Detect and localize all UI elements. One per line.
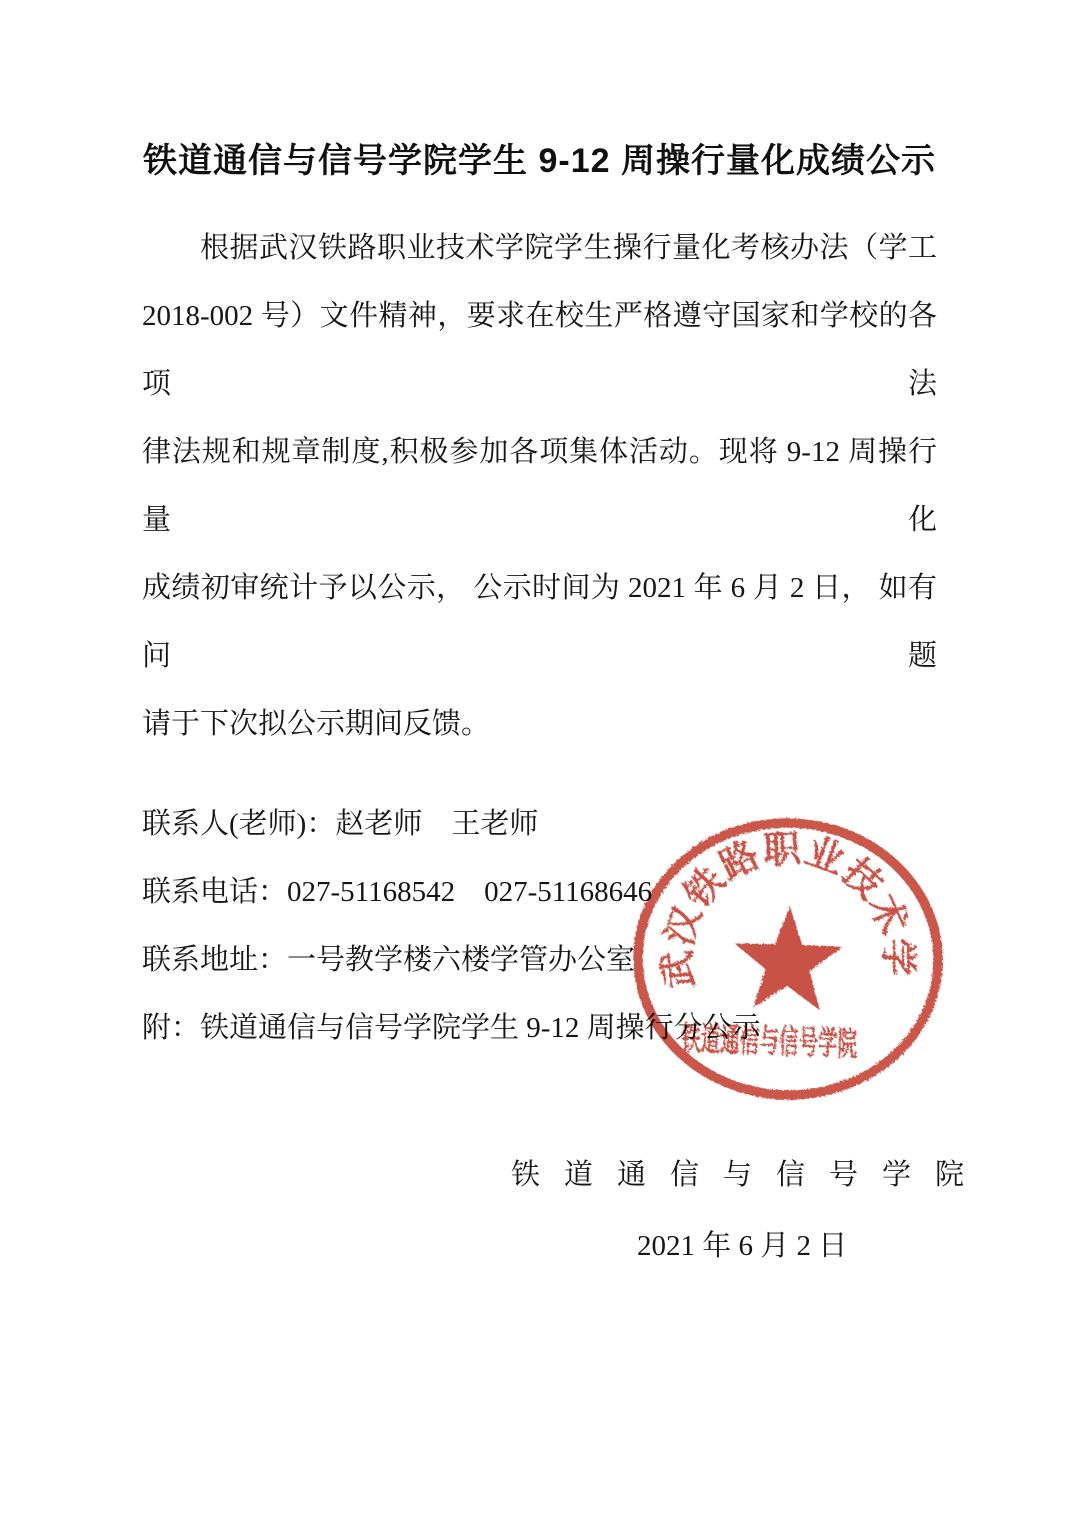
paragraph-line: 请于下次拟公示期间反馈。 [142, 690, 937, 758]
paragraph-line: 根据武汉铁路职业技术学院学生操行量化考核办法（学工 [142, 214, 937, 282]
paragraph-line: 成绩初审统计予以公示， 公示时间为 2021 年 6 月 2 日， 如有问题 [142, 554, 937, 690]
page-title: 铁道通信与信号学院学生 9-12 周操行量化成绩公示 [0, 0, 1079, 182]
signature-department: 铁道通信与信号学院 [511, 1141, 1079, 1209]
signature-date: 2021 年 6 月 2 日 [637, 1212, 1079, 1280]
main-paragraph: 根据武汉铁路职业技术学院学生操行量化考核办法（学工 2018-002 号）文件精… [0, 214, 1079, 758]
star-icon [732, 904, 844, 1011]
paragraph-line: 2018-002 号）文件精神，要求在校生严格遵守国家和学校的各项法 [142, 282, 937, 418]
seal-bottom-text: 铁道通信与信号学院 [680, 1019, 858, 1063]
official-seal: 武汉铁路职业技术学院 铁道通信与信号学院 [623, 804, 955, 1115]
paragraph-line: 律法规和规章制度,积极参加各项集体活动。现将 9-12 周操行量化 [142, 418, 937, 554]
document-page: 铁道通信与信号学院学生 9-12 周操行量化成绩公示 根据武汉铁路职业技术学院学… [0, 0, 1079, 1516]
